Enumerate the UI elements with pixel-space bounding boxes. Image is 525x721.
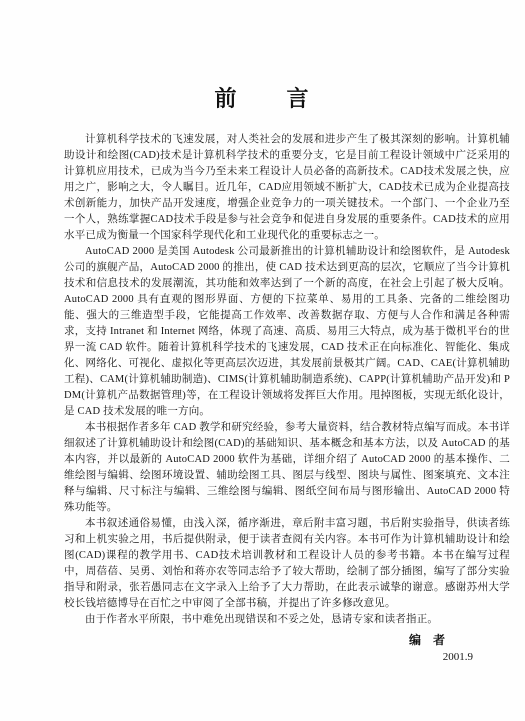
- scanned-book-page: 前 言 计算机科学技术的飞速发展，对人类社会的发展和进步产生了极其深刻的影响。计…: [0, 0, 525, 721]
- paragraph-autocad-overview: AutoCAD 2000 是美国 Autodesk 公司最新推出的计算机辅助设计…: [64, 244, 510, 420]
- paragraph-closing: 由于作者水平所限，书中难免出现错误和不妥之处，恳请专家和读者指正。: [64, 612, 510, 628]
- preface-body: 计算机科学技术的飞速发展，对人类社会的发展和进步产生了极其深刻的影响。计算机辅助…: [64, 132, 510, 628]
- paragraph-intro: 计算机科学技术的飞速发展，对人类社会的发展和进步产生了极其深刻的影响。计算机辅助…: [64, 132, 510, 244]
- paragraph-acknowledgements: 本书叙述通俗易懂，由浅入深，循序渐进，章后附丰富习题，书后附实验指导，供读者练习…: [64, 516, 510, 612]
- paragraph-book-content: 本书根据作者多年 CAD 教学和研究经验，参考大量资料，结合教材特点编写而成。本…: [64, 420, 510, 516]
- publication-date: 2001.9: [0, 649, 525, 666]
- page-title: 前 言: [0, 0, 525, 112]
- author-signature: 编 者: [0, 632, 525, 649]
